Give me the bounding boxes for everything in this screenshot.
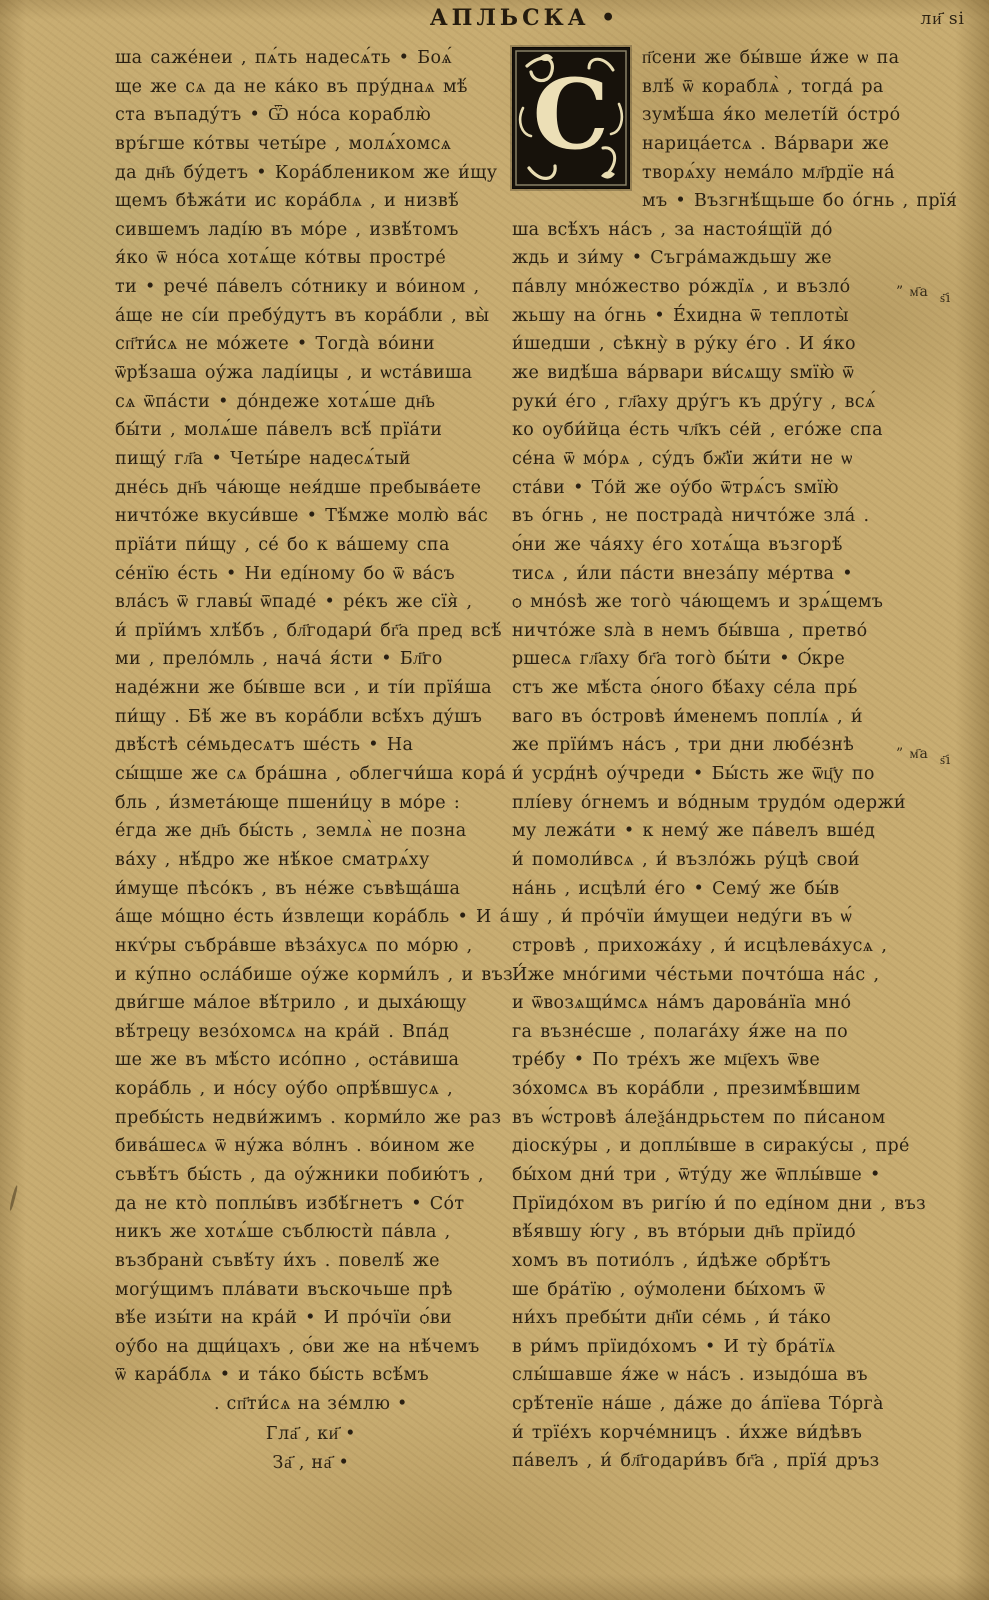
- text-line: же видѣ́ша ва́рвари ви́сѧщу ѕмїю̀ ѿ: [512, 359, 910, 388]
- text-line: и́ усрд́нѣ оу́чреди • Бы́сть же ѿц҃у по: [512, 760, 910, 789]
- text-line: стъ же мѣ́ста ѻ́ного бѣ́аху се́ла прь́: [512, 674, 910, 703]
- folio-number: ли҃ ѕі: [921, 9, 965, 29]
- text-line: дви́гше ма́лое вѣ́трило , и дыха́ющу: [115, 989, 507, 1018]
- running-header: АПЛЬСКА •: [30, 5, 989, 31]
- text-line: бива́шесѧ ѿ ну́жа во́лнъ . во́ином же: [115, 1132, 507, 1161]
- text-line: тре́бу • По тре́хъ же мц҃ехъ ѿве: [512, 1046, 910, 1075]
- text-line: ста́ви • То́й же оу́бо ѿтрѧ́съ ѕмїю̀: [512, 474, 910, 503]
- text-line: И́же мно́гими че́стьми почто́ша на́с ,: [512, 961, 910, 990]
- text-line: сѧ ѿпа́сти • до́ндеже хотѧ́ше дн҃ь: [115, 388, 507, 417]
- text-line: па́влу мно́жество ро́ждїѧ , и възло́: [512, 273, 910, 302]
- text-line: на́нь , исцѣли́ е́го • Сему́ же бы́в: [512, 875, 910, 904]
- right-column-lines: п҃сени же бы́вше и́же ѡ павлѣ́ ѿ кораблѧ…: [512, 44, 910, 1476]
- text-line: пи́щу . Бѣ́ же въ кора́бли всѣ́хъ ду́шъ: [115, 703, 507, 732]
- text-line: вѣ́е изы́ти на кра́й • И про́чїи ѻ́ви: [115, 1304, 507, 1333]
- text-line: Прїидо́хом въ ригі́ю и́ по еді́ном дни ,…: [512, 1190, 910, 1219]
- text-line: па́велъ , и́ бл҃годари́въ бг҃а , прїя́ д…: [512, 1447, 910, 1476]
- text-line: діоску́ры , и доплы́вше в сираку́сы , пр…: [512, 1132, 910, 1161]
- text-line: ще же сѧ да не ка́ко въ пру́днаѧ мѣ́: [115, 73, 507, 102]
- text-line: пищу́ гл҃а • Четы́ре надесѧ́тый: [115, 445, 507, 474]
- text-line: ѻ мно́ѕѣ же того̀ ча́ющемъ и зрѧ́щемъ: [512, 588, 910, 617]
- text-line: двѣ́стѣ се́мьдесѧтъ ше́сть • На: [115, 731, 507, 760]
- text-line: се́на ѿ мо́рѧ , су́дъ бж҃їи жи́ти не ѡ: [512, 445, 910, 474]
- text-line: ва́ху , нѣ́дро же нѣ́кое сматрѧ́ху: [115, 846, 507, 875]
- book-page: АПЛЬСКА • ли҃ ѕі ша саже́неи , пѧ́ть над…: [0, 0, 989, 1600]
- text-line: и́ прїи́мъ хлѣ́бъ , бл҃годари́ бг҃а пред…: [115, 617, 507, 646]
- text-line: се́нїю е́сть • Ни еді́ному бо ѿ ва́съ: [115, 560, 507, 589]
- text-line: сп҃ти́сѧ не мо́жете • Тогда̀ во́ини: [115, 330, 507, 359]
- text-line: ничто́же ѕла̀ в немъ бы́вша , претво́: [512, 617, 910, 646]
- text-line: плі́еву о́гнемъ и во́дным трудо́м ѻдержи…: [512, 789, 910, 818]
- text-line: да дн҃ь бу́детъ • Кора́блеником же и́щу: [115, 159, 507, 188]
- left-text-column: ша саже́неи , пѧ́ть надесѧ́ть • Боѧ́ще ж…: [115, 44, 507, 1390]
- text-line: га възне́сше , полага́ху я́же на по: [512, 1018, 910, 1047]
- text-line: могу́щимъ пла́вати въскочьше прѣ: [115, 1276, 507, 1305]
- text-line: зо́хомсѧ въ кора́бли , презимѣ́вшим: [512, 1075, 910, 1104]
- text-line: въ ѡ́стровѣ а́леѯа́ндрьстем по пи́саном: [512, 1104, 910, 1133]
- text-line: и ѿвозѧщи́мсѧ на́мъ дарова́нїа мно́: [512, 989, 910, 1018]
- text-line: бы́ти , молѧ́ше па́велъ всѣ́ прїа́ти: [115, 416, 507, 445]
- text-line: жьшу на о́гнь • Е́хидна ѿ теплоты̀: [512, 302, 910, 331]
- ink-smudge: [9, 1185, 18, 1211]
- text-line: никъ же хотѧ́ше съблюстѝ па́вла ,: [115, 1218, 507, 1247]
- text-line: я́ко ѿ но́са хотѧ́ще ко́твы простре́: [115, 244, 507, 273]
- text-line: му лежа́ти • к нему́ же па́велъ вше́д: [512, 817, 910, 846]
- margin-gloss: ” м҃а: [896, 746, 929, 763]
- text-line: а́ще не сі́и пребу́дутъ въ кора́бли , вы…: [115, 302, 507, 331]
- text-line: вла́съ ѿ главы́ ѿпаде́ • ре́къ же сїя̀ ,: [115, 588, 507, 617]
- ending-line: . сп҃ти́сѧ на зе́млю •: [115, 1390, 507, 1420]
- text-line: ни́хъ пребы́ти дн҃їи се́мь , и́ та́ко: [512, 1304, 910, 1333]
- text-line: пребы́сть недви́жимъ . корми́ло же раз: [115, 1104, 507, 1133]
- text-line: сившемъ ладі́ю въ мо́ре , извѣ́томъ: [115, 216, 507, 245]
- text-line: нкѵ́ры събра́вше вѣза́хусѧ по мо́рю ,: [115, 932, 507, 961]
- text-line: и́ трїе́хъ корче́мницъ . и́хже ви́дѣвъ: [512, 1419, 910, 1448]
- text-line: срѣ́тенїе на́ше , да́же до а́пїева То́рг…: [512, 1390, 910, 1419]
- text-line: же прїи́мъ на́съ , три дни любе́знѣ: [512, 731, 910, 760]
- svg-text:С: С: [533, 58, 610, 171]
- text-line: и ку́пно ѻсла́бише оу́же корми́лъ , и въ…: [115, 961, 507, 990]
- margin-edge-mark: ѕ҃і: [940, 752, 951, 768]
- text-line: ше же въ мѣ́сто исо́пно , ѻста́виша: [115, 1046, 507, 1075]
- text-line: вѣ́трецу везо́хомсѧ на кра́й . Впа́д: [115, 1018, 507, 1047]
- text-line: ничто́же вкуси́вше • Тѣ́мже молю̀ ва́с: [115, 502, 507, 531]
- ornate-initial-letter: С: [512, 47, 630, 189]
- text-line: ко оуби́йца е́сть чл҃къ се́й , его́же сп…: [512, 416, 910, 445]
- text-line: стровѣ , прихожа́ху , и́ исцѣлева́хусѧ ,: [512, 932, 910, 961]
- text-line: бль , и́змета́юще пшени́цу в мо́ре :: [115, 789, 507, 818]
- left-column-colophon: . сп҃ти́сѧ на зе́млю • Гла҃ , ки҃ • За҃ …: [115, 1390, 507, 1479]
- text-line: връ́гше ко́твы четы́ре , молѧ́хомсѧ: [115, 130, 507, 159]
- text-line: оу́бо на дщи́цахъ , ѻ́ви же на нѣ́чемъ: [115, 1333, 507, 1362]
- text-line: слы́шавше я́же ѡ на́съ . изыдо́ша въ: [512, 1361, 910, 1390]
- text-line: ѿ кара́блѧ • и та́ко бы́сть всѣ́мъ: [115, 1361, 507, 1390]
- text-line: и́муще пѣсо́къ , въ не́же съвѣща́ша: [115, 875, 507, 904]
- text-line: хомъ въ потио́лъ , и́дѣже ѻбрѣ́тъ: [512, 1247, 910, 1276]
- text-line: ваго въ о́стровѣ и́менемъ поплі́ѧ , и́: [512, 703, 910, 732]
- zachalo-rubric: За҃ , на҃ •: [115, 1449, 507, 1479]
- text-line: тисѧ , и́ли па́сти внеза́пу ме́ртва •: [512, 560, 910, 589]
- text-line: ше бра́тїю , оу́молени бы́хомъ ѿ: [512, 1276, 910, 1305]
- text-line: възбранѝ съвѣ́ту и́хъ . повелѣ́ же: [115, 1247, 507, 1276]
- initial-woodcut: С: [513, 48, 629, 188]
- text-line: щемъ бѣжа́ти ис кора́блѧ , и низвѣ́: [115, 187, 507, 216]
- text-line: и́ помоли́всѧ , и́ възло́жь ру́цѣ свои́: [512, 846, 910, 875]
- text-line: ста въпаду́тъ • Ѿ но́са кораблю̀: [115, 101, 507, 130]
- text-line: ми , прело́мль , нача́ я́сти • Бл҃го: [115, 645, 507, 674]
- text-line: сы́щше же сѧ бра́шна , ѻблегчи́ша кора́: [115, 760, 507, 789]
- text-line: ѿрѣ́заша оу́жа ладі́ицы , и ѡста́виша: [115, 359, 507, 388]
- text-line: ждь и зи́му • Съгра́маждьшу же: [512, 244, 910, 273]
- text-line: шу , и́ про́чїи и́мущеи неду́ги въ ѡ́: [512, 903, 910, 932]
- text-line: мъ • Възгнѣ́щьше бо о́гнь , прїя́: [512, 187, 910, 216]
- text-line: руки́ е́го , гл҃аху дру́гъ къ дру́гу , в…: [512, 388, 910, 417]
- text-line: да не кто̀ поплы́въ избѣ́гнетъ • Со́т: [115, 1190, 507, 1219]
- text-line: кора́бль , и но́су оу́бо ѻпрѣ́вшусѧ ,: [115, 1075, 507, 1104]
- text-line: е́гда же дн҃ь бы́сть , землѧ̀ не позна: [115, 817, 507, 846]
- text-line: дне́сь дн҃ь ча́юще нея́дше пребыва́ете: [115, 474, 507, 503]
- text-line: в ри́мъ прїидо́хомъ • И ту̀ бра́тїѧ: [512, 1333, 910, 1362]
- chapter-rubric: Гла҃ , ки҃ •: [115, 1420, 507, 1450]
- text-line: ша саже́неи , пѧ́ть надесѧ́ть • Боѧ́: [115, 44, 507, 73]
- text-line: ршесѧ гл҃аху бг҃а того̀ бы́ти • Ѻ́кре: [512, 645, 910, 674]
- text-line: наде́жни же бы́вше вси , и ті́и прїя́ша: [115, 674, 507, 703]
- text-line: прїа́ти пи́щу , се́ бо к ва́шему спа: [115, 531, 507, 560]
- margin-gloss: ” м҃а: [896, 284, 929, 301]
- text-line: а́ще мо́щно е́сть и́звлещи кора́бль • И …: [115, 903, 507, 932]
- text-line: бы́хом дни́ три , ѿту́ду же ѿплы́вше •: [512, 1161, 910, 1190]
- text-line: ша всѣ́хъ на́съ , за настоя́щїй до́: [512, 216, 910, 245]
- text-line: ти • рече́ па́велъ со́тнику и во́ином ,: [115, 273, 507, 302]
- text-line: въ о́гнь , не пострада̀ ничто́же зла́ .: [512, 502, 910, 531]
- text-line: ѻ́ни же ча́яху е́го хотѧ́ща възгорѣ́: [512, 531, 910, 560]
- text-line: вѣ́явшу ю́гу , въ вто́рыи дн҃ь прїидо́: [512, 1218, 910, 1247]
- text-line: и́шедши , сѣкну̀ в ру́ку е́го . И я́ко: [512, 330, 910, 359]
- margin-edge-mark: ѕ҃і: [940, 290, 951, 306]
- right-text-column: С п҃сени же бы́вше и́же ѡ павлѣ́ ѿ кораб…: [512, 44, 910, 1476]
- text-line: съвѣ́тъ бы́сть , да оу́жники побию́тъ ,: [115, 1161, 507, 1190]
